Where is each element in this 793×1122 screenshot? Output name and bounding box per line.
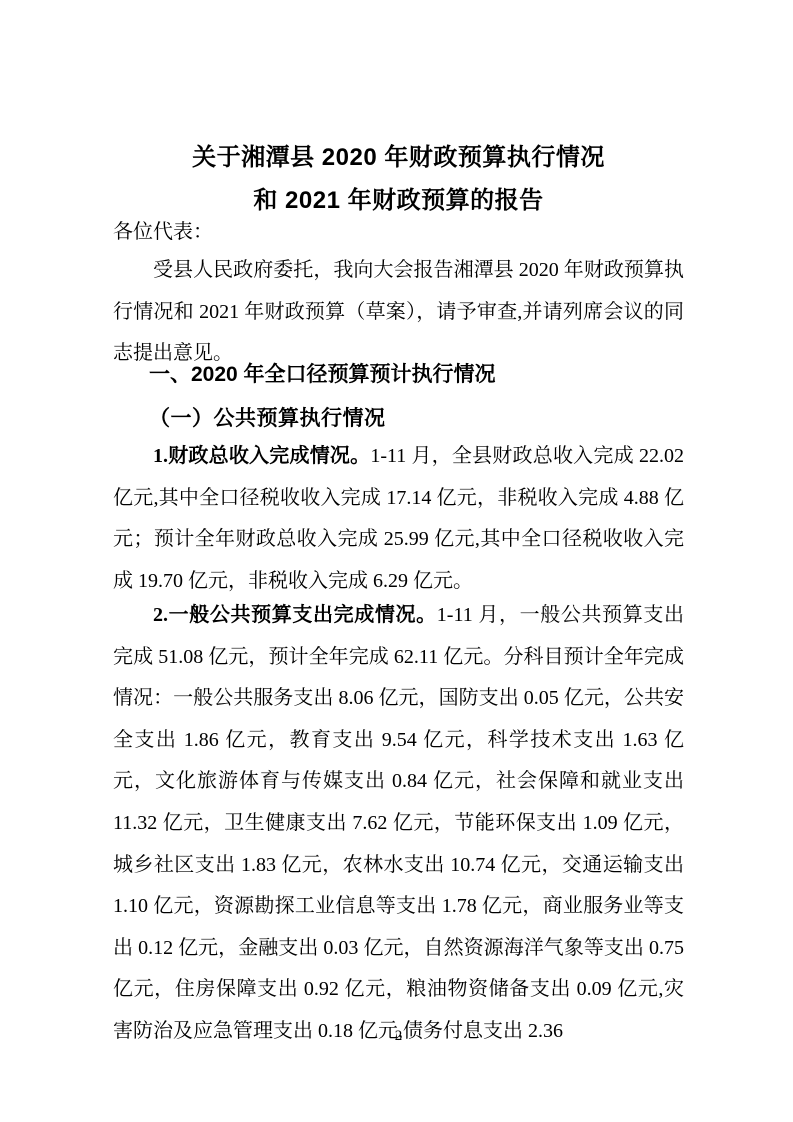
salutation: 各位代表： <box>113 212 684 253</box>
item2-paragraph: 2.一般公共预算支出完成情况。1-11 月，一般公共预算支出完成 51.08 亿… <box>113 595 684 1053</box>
item1-paragraph: 1.财政总收入完成情况。1-11 月，全县财政总收入完成 22.02 亿元,其中… <box>113 436 684 602</box>
item1-text: 1-11 月，全县财政总收入完成 22.02 亿元,其中全口径税收收入完成 17… <box>113 445 684 592</box>
item1-lead: 1.财政总收入完成情况。 <box>153 445 370 467</box>
document-page: 关于湘潭县 2020 年财政预算执行情况 和 2021 年财政预算的报告 各位代… <box>0 0 793 1122</box>
document-title-line1: 关于湘潭县 2020 年财政预算执行情况 <box>113 136 684 179</box>
section-heading-1: 一、2020 年全口径预算预计执行情况 <box>113 354 684 395</box>
document-title: 关于湘潭县 2020 年财政预算执行情况 和 2021 年财政预算的报告 <box>113 136 684 222</box>
item2-text: 1-11 月，一般公共预算支出完成 51.08 亿元，预计全年完成 62.11 … <box>113 604 684 1042</box>
item2-lead: 2.一般公共预算支出完成情况。 <box>153 604 437 626</box>
subsection-heading-1: （一）公共预算执行情况 <box>113 398 684 439</box>
page-number: 2 <box>113 1026 684 1046</box>
